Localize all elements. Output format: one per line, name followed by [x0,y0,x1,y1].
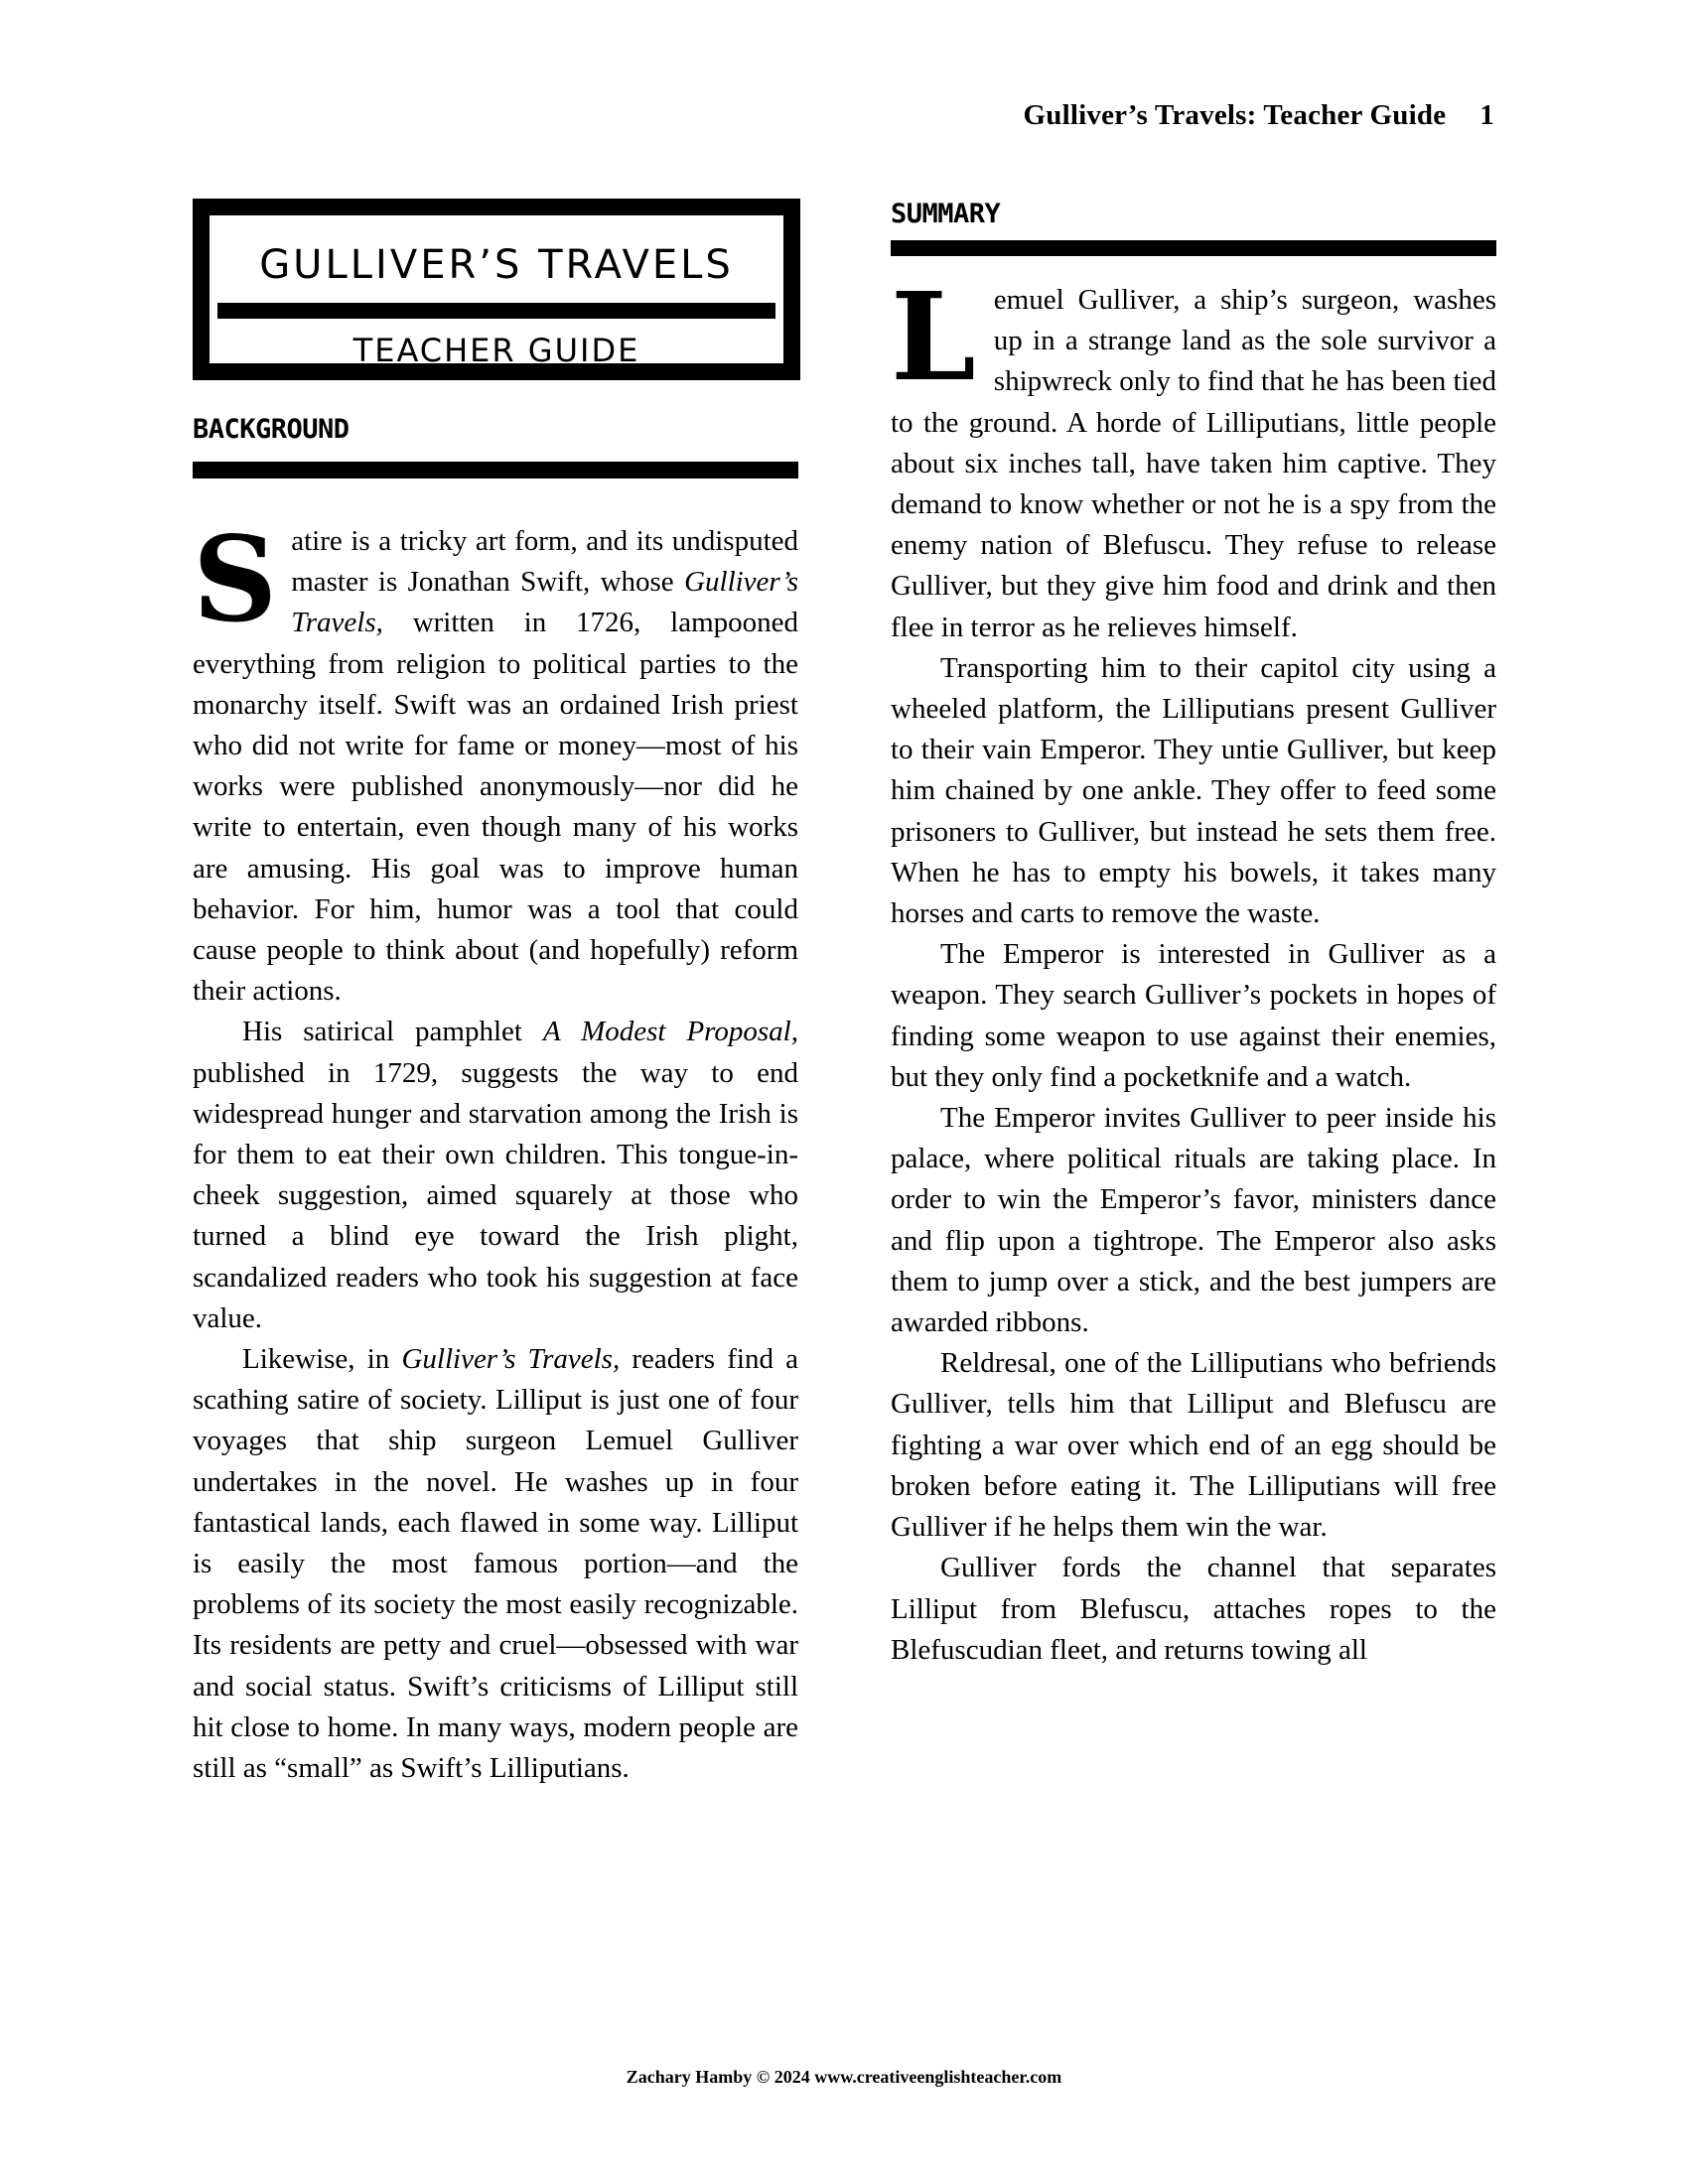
summary-paragraph-1: Lemuel Gulliver, a ship’s surgeon, washe… [891,280,1496,648]
text-run: emuel Gulliver, a ship’s surgeon, washes… [891,284,1496,643]
text-run: Likewise, in [242,1343,401,1375]
title-box: GULLIVER’S TRAVELS TEACHER GUIDE [193,199,800,380]
text-run: written in 1726, lampooned everything fr… [193,607,798,1007]
italic-title: A Modest Proposal, [543,1016,798,1047]
background-body: Satire is a tricky art form, and its und… [193,521,798,1789]
footer-credit: Zachary Hamby © 2024 www.creativeenglish… [0,2067,1688,2088]
summary-paragraph-2: Transporting him to their capitol city u… [891,648,1496,934]
document-subtitle: TEACHER GUIDE [210,333,783,368]
background-paragraph-3: Likewise, in Gulliver’s Travels, readers… [193,1339,798,1789]
page-number: 1 [1479,99,1494,131]
summary-paragraph-3: The Emperor is interested in Gulliver as… [891,934,1496,1098]
text-run: readers find a scathing satire of societ… [193,1343,798,1784]
document-title: GULLIVER’S TRAVELS [210,243,783,287]
text-run: published in 1729, suggests the way to e… [193,1057,798,1334]
summary-body: Lemuel Gulliver, a ship’s surgeon, washe… [891,280,1496,1671]
running-title: Gulliver’s Travels: Teacher Guide [1024,99,1447,131]
title-divider [217,303,775,319]
background-heading: BACKGROUND [193,414,798,446]
drop-cap-s: S [193,527,277,632]
italic-title: Gulliver’s Travels, [401,1343,620,1375]
summary-rule [891,240,1496,256]
summary-paragraph-6: Gulliver fords the channel that separate… [891,1548,1496,1671]
right-column: SUMMARY Lemuel Gulliver, a ship’s surgeo… [891,199,1496,1671]
background-paragraph-2: His satirical pamphlet A Modest Proposal… [193,1012,798,1339]
running-header: Gulliver’s Travels: Teacher Guide1 [1024,99,1494,132]
background-rule [193,462,798,478]
background-paragraph-1: Satire is a tricky art form, and its und… [193,521,798,1012]
summary-paragraph-4: The Emperor invites Gulliver to peer ins… [891,1098,1496,1343]
text-run: His satirical pamphlet [242,1016,543,1047]
summary-heading: SUMMARY [891,199,1496,230]
summary-paragraph-5: Reldresal, one of the Lilliputians who b… [891,1343,1496,1548]
drop-cap-l: L [891,284,976,389]
left-column: GULLIVER’S TRAVELS TEACHER GUIDE BACKGRO… [193,199,798,1789]
